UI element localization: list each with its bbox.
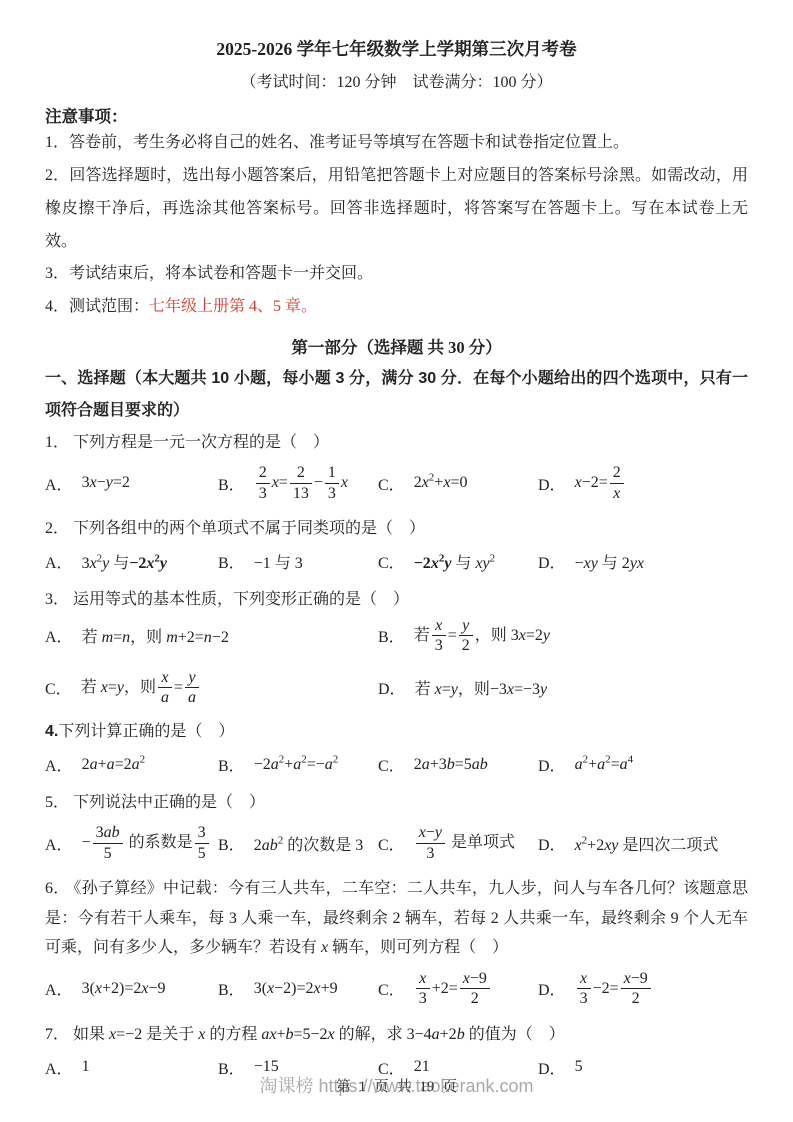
question-number: 4. [45, 723, 58, 740]
question-6-stem: 6．《孙子算经》中记载：今有三人共车，二车空：二人共车，九人步，问人与车各几何？… [45, 874, 748, 963]
question-stem-text: 《孙子算经》中记载：今有三人共车，二车空：二人共车，九人步，问人与车各几何？该题… [45, 880, 748, 956]
option-text: x3+2=x−92 [414, 970, 492, 1008]
page-number: 第 1 页 共 19 页 [336, 1075, 457, 1096]
question-number: 1． [45, 434, 69, 451]
question-2: 2．下列各组中的两个单项式不属于同类项的是（ ） A．3x2y 与−2x2y B… [45, 514, 748, 578]
option-c: C．x−y3 是单项式 [378, 824, 538, 862]
page-title: 2025-2026 学年七年级数学上学期第三次月考卷 [45, 36, 748, 62]
option-text: 2ab2 的次数是 3 [254, 832, 364, 855]
question-1-options: A．3x−y=2 B．23x=213−13x C．2x2+x=0 D．x−2=2… [45, 459, 748, 507]
option-label: B． [218, 472, 245, 495]
option-label: C． [378, 753, 405, 776]
option-text: 23x=213−13x [254, 464, 348, 502]
option-label: D． [378, 676, 406, 699]
question-5-options: A．−3ab5 的系数是35 B．2ab2 的次数是 3 C．x−y3 是单项式… [45, 819, 748, 867]
option-label: B． [218, 977, 245, 1000]
question-5: 5．下列说法中正确的是（ ） A．−3ab5 的系数是35 B．2ab2 的次数… [45, 788, 748, 868]
option-a: A．3(x+2)=2x−9 [45, 977, 218, 1000]
option-text: a2+a2=a4 [575, 756, 634, 774]
option-label: B． [218, 550, 245, 573]
question-3: 3．运用等式的基本性质，下列变形正确的是（ ） A．若 m=n，则 m+2=n−… [45, 585, 748, 707]
option-label: C． [378, 550, 405, 573]
question-number: 2． [45, 520, 69, 537]
option-text: 3(x−2)=2x+9 [254, 980, 338, 998]
question-4: 4.下列计算正确的是（ ） A．2a+a=2a2 B．−2a2+a2=−a2 C… [45, 717, 748, 781]
option-c: C．2a+3b=5ab [378, 753, 538, 776]
option-b: B．23x=213−13x [218, 464, 378, 502]
option-label: D． [538, 753, 566, 776]
question-7-stem: 7．如果 x=−2 是关于 x 的方程 ax+b=5−2x 的解，求 3−4a+… [45, 1020, 748, 1050]
option-text: x2+2xy 是四次二项式 [575, 832, 719, 855]
option-text: 若 x=y，则xa=ya [81, 669, 201, 707]
option-text: 若 m=n，则 m+2=n−2 [82, 624, 229, 647]
section-instructions: 一、选择题（本大题共 10 小题，每小题 3 分，满分 30 分．在每个小题给出… [45, 363, 748, 425]
option-a: A．2a+a=2a2 [45, 753, 218, 776]
question-2-stem: 2．下列各组中的两个单项式不属于同类项的是（ ） [45, 514, 748, 544]
question-5-stem: 5．下列说法中正确的是（ ） [45, 788, 748, 818]
option-text: −1 与 3 [254, 550, 303, 573]
option-c: C．x3+2=x−92 [378, 970, 538, 1008]
option-text: 2a+3b=5ab [414, 756, 488, 774]
option-text: x3−2=x−92 [575, 970, 653, 1008]
option-d: D．x−2=2x [538, 464, 748, 502]
option-text: x−2=2x [575, 464, 626, 502]
option-a: A．3x−y=2 [45, 472, 218, 495]
option-label: C． [378, 472, 405, 495]
question-stem-text: 运用等式的基本性质，下列变形正确的是（ ） [73, 591, 409, 608]
option-b: B．2ab2 的次数是 3 [218, 832, 378, 855]
option-text: −2x2y 与 xy2 [414, 550, 495, 573]
notice-item-4-prefix: 4．测试范围： [45, 298, 149, 315]
option-d: D．x2+2xy 是四次二项式 [538, 832, 748, 855]
option-text: 3x−y=2 [82, 474, 130, 492]
option-b: B．若x3=y2，则 3x=2y [378, 617, 748, 655]
option-label: D． [538, 472, 566, 495]
option-text: 3(x+2)=2x−9 [82, 980, 166, 998]
option-a: A．3x2y 与−2x2y [45, 550, 218, 573]
page-footer: 淘课榜 https://www.taokerank.com 第 1 页 共 19… [0, 1068, 793, 1100]
option-text: −3ab5 的系数是35 [82, 824, 211, 862]
option-d: D．若 x=y，则−3x=−3y [378, 676, 748, 699]
option-d: D．x3−2=x−92 [538, 970, 748, 1008]
question-6-options: A．3(x+2)=2x−9 B．3(x−2)=2x+9 C．x3+2=x−92 … [45, 965, 748, 1013]
option-label: C． [378, 977, 405, 1000]
question-stem-text: 下列各组中的两个单项式不属于同类项的是（ ） [73, 520, 425, 537]
option-label: D． [538, 977, 566, 1000]
option-label: C． [378, 832, 405, 855]
option-text: 若 x=y，则−3x=−3y [415, 676, 548, 699]
option-label: A． [45, 624, 73, 647]
question-4-options: A．2a+a=2a2 B．−2a2+a2=−a2 C．2a+3b=5ab D．a… [45, 749, 748, 781]
notice-item-2: 2．回答选择题时，选出每小题答案后，用铅笔把答题卡上对应题目的答案标号涂黑。如需… [45, 160, 748, 258]
question-1-stem: 1．下列方程是一元一次方程的是（ ） [45, 428, 748, 458]
question-stem-text: 下列说法中正确的是（ ） [73, 794, 265, 811]
question-2-options: A．3x2y 与−2x2y B．−1 与 3 C．−2x2y 与 xy2 D．−… [45, 546, 748, 578]
option-label: B． [378, 624, 405, 647]
question-4-stem: 4.下列计算正确的是（ ） [45, 717, 748, 747]
option-label: A． [45, 550, 73, 573]
question-stem-text: 如果 x=−2 是关于 x 的方程 ax+b=5−2x 的解，求 3−4a+2b… [73, 1026, 565, 1043]
option-c: C．2x2+x=0 [378, 472, 538, 495]
option-label: C． [45, 676, 72, 699]
option-c: C．−2x2y 与 xy2 [378, 550, 538, 573]
option-c: C．若 x=y，则xa=ya [45, 669, 378, 707]
option-text: x−y3 是单项式 [414, 824, 515, 862]
notice-heading: 注意事项： [45, 103, 748, 127]
option-b: B．−1 与 3 [218, 550, 378, 573]
option-text: 若x3=y2，则 3x=2y [414, 617, 550, 655]
notice-item-4-scope: 七年级上册第 4、5 章。 [149, 298, 317, 315]
option-d: D．a2+a2=a4 [538, 753, 748, 776]
question-number: 3． [45, 591, 69, 608]
notice-item-1: 1．答卷前，考生务必将自己的姓名、准考证号等填写在答题卡和试卷指定位置上。 [45, 127, 748, 160]
option-label: D． [538, 550, 566, 573]
question-number: 7． [45, 1026, 69, 1043]
question-6: 6．《孙子算经》中记载：今有三人共车，二车空：二人共车，九人步，问人与车各几何？… [45, 874, 748, 1013]
option-a: A．−3ab5 的系数是35 [45, 824, 218, 862]
question-3-options: A．若 m=n，则 m+2=n−2 B．若x3=y2，则 3x=2y C．若 x… [45, 617, 748, 707]
option-label: A． [45, 977, 73, 1000]
option-a: A．若 m=n，则 m+2=n−2 [45, 624, 378, 647]
option-d: D．−xy 与 2yx [538, 550, 748, 573]
section-title: 第一部分（选择题 共 30 分） [45, 332, 748, 363]
notice-item-4: 4．测试范围：七年级上册第 4、5 章。 [45, 291, 748, 324]
option-label: A． [45, 753, 73, 776]
exam-subtitle: （考试时间：120 分钟 试卷满分：100 分） [45, 69, 748, 92]
option-label: A． [45, 472, 73, 495]
option-label: A． [45, 832, 73, 855]
question-1: 1．下列方程是一元一次方程的是（ ） A．3x−y=2 B．23x=213−13… [45, 428, 748, 508]
question-number: 5． [45, 794, 69, 811]
option-b: B．−2a2+a2=−a2 [218, 753, 378, 776]
option-text: 2x2+x=0 [414, 474, 468, 492]
option-label: B． [218, 753, 245, 776]
option-text: −2a2+a2=−a2 [254, 756, 339, 774]
option-text: 3x2y 与−2x2y [82, 550, 167, 573]
question-3-stem: 3．运用等式的基本性质，下列变形正确的是（ ） [45, 585, 748, 615]
question-number: 6． [45, 880, 70, 897]
question-stem-text: 下列方程是一元一次方程的是（ ） [73, 434, 329, 451]
option-label: D． [538, 832, 566, 855]
notice-item-3: 3．考试结束后，将本试卷和答题卡一并交回。 [45, 258, 748, 291]
option-label: B． [218, 832, 245, 855]
option-b: B．3(x−2)=2x+9 [218, 977, 378, 1000]
exam-sheet: 2025-2026 学年七年级数学上学期第三次月考卷 （考试时间：120 分钟 … [0, 0, 793, 1083]
question-stem-text: 下列计算正确的是（ ） [58, 723, 234, 740]
option-text: −xy 与 2yx [575, 550, 644, 573]
option-text: 2a+a=2a2 [82, 756, 146, 774]
